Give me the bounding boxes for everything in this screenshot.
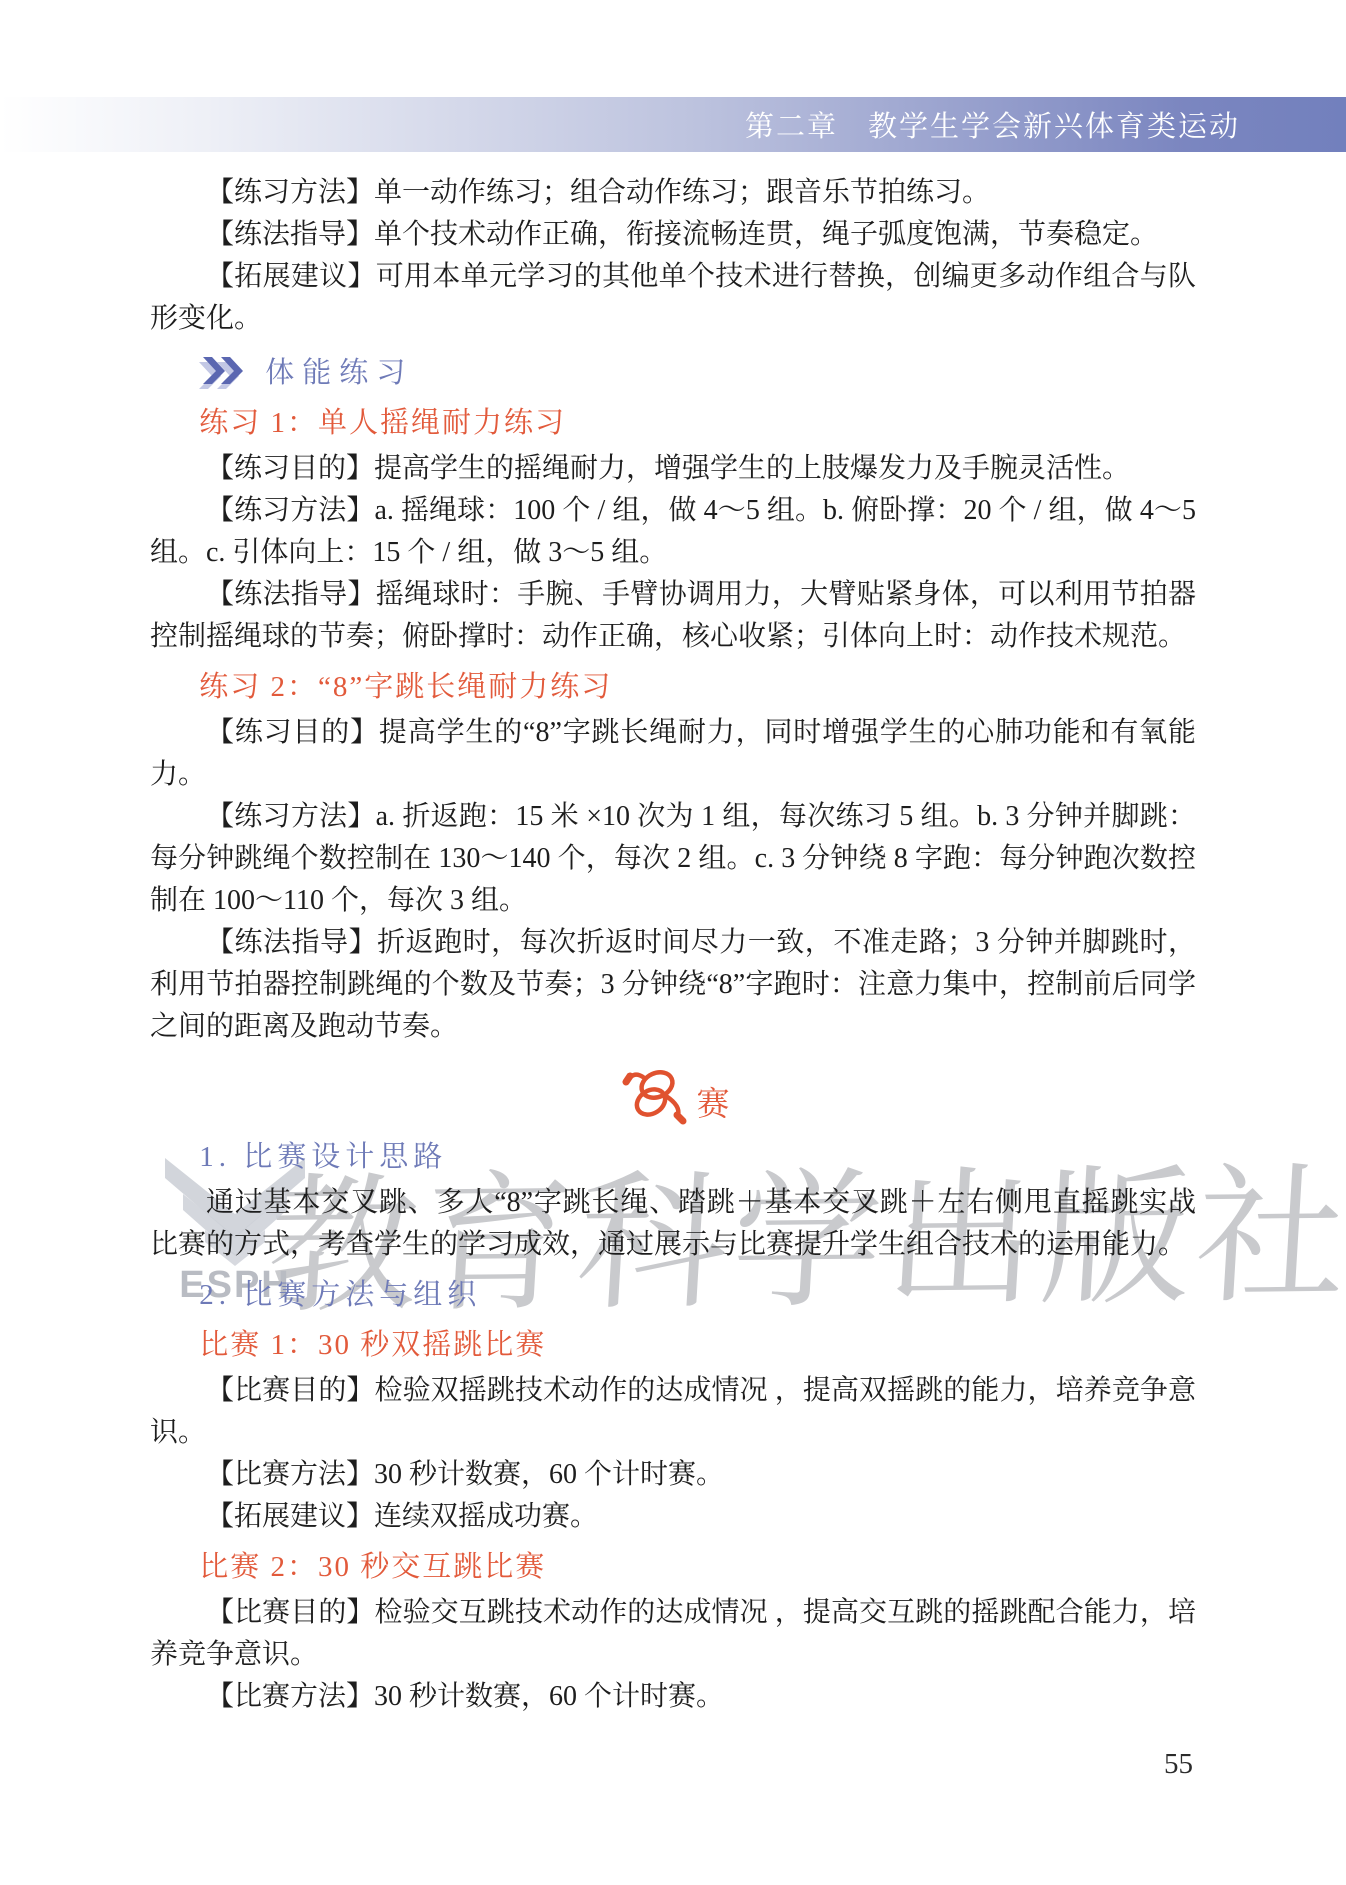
body-paragraph: 【比赛目的】检验双摇跳技术动作的达成情况 ，提高双摇跳的能力，培养竞争意识。: [150, 1370, 1196, 1454]
competition-heading-2: 比赛 2：30 秒交互跳比赛: [150, 1546, 1196, 1588]
exercise-heading-2: 练习 2：“8”字跳长绳耐力练习: [150, 666, 1196, 708]
body-paragraph: 【练法指导】折返跑时，每次折返时间尽力一致，不准走路；3 分钟并脚跳时，利用节拍…: [150, 922, 1196, 1048]
heading-label: 体能练习: [265, 352, 413, 394]
body-paragraph: 【比赛方法】30 秒计数赛，60 个计时赛。: [150, 1676, 1196, 1718]
exercise-heading-1: 练习 1：单人摇绳耐力练习: [150, 402, 1196, 444]
chapter-title: 教学生学会新兴体育类运动: [868, 104, 1240, 145]
body-paragraph: 【练习目的】提高学生的摇绳耐力，增强学生的上肢爆发力及手腕灵活性。: [150, 448, 1196, 490]
competition-section-badge: 赛: [150, 1064, 1196, 1128]
body-paragraph: 【练习方法】a. 折返跑：15 米 ×10 次为 1 组，每次练习 5 组。b.…: [150, 796, 1196, 922]
body-paragraph: 【拓展建议】连续双摇成功赛。: [150, 1496, 1196, 1538]
body-paragraph: 【练习目的】提高学生的“8”字跳长绳耐力，同时增强学生的心肺功能和有氧能力。: [150, 712, 1196, 796]
chapter-header-band: 第二章 教学生学会新兴体育类运动: [0, 97, 1346, 152]
numbered-heading-design: 1. 比赛设计思路: [150, 1136, 1196, 1178]
section-heading-physical-training: 体能练习: [150, 352, 1196, 394]
watermark-char: 社: [1190, 1142, 1346, 1334]
body-paragraph: 【练习方法】单一动作练习；组合动作练习；跟音乐节拍练习。: [150, 172, 1196, 214]
body-paragraph: 通过基本交叉跳、多人“8”字跳长绳、踏跳＋基本交叉跳＋左右侧甩直摇跳实战比赛的方…: [150, 1182, 1196, 1266]
page-number: 55: [1164, 1748, 1193, 1781]
numbered-heading-organization: 2. 比赛方法与组织: [150, 1274, 1196, 1316]
page-content: 【练习方法】单一动作练习；组合动作练习；跟音乐节拍练习。 【练法指导】单个技术动…: [150, 172, 1196, 1718]
body-paragraph: 【比赛目的】检验交互跳技术动作的达成情况 ，提高交互跳的摇跳配合能力，培养竞争意…: [150, 1592, 1196, 1676]
competition-heading-1: 比赛 1：30 秒双摇跳比赛: [150, 1324, 1196, 1366]
chapter-number: 第二章: [745, 104, 838, 145]
textbook-page: 第二章 教学生学会新兴体育类运动 教 育 科 学 出 版 社 ESPH 【练习方…: [0, 0, 1346, 1885]
jump-rope-icon: [617, 1064, 689, 1128]
body-paragraph: 【比赛方法】30 秒计数赛，60 个计时赛。: [150, 1454, 1196, 1496]
competition-badge-label: 赛: [697, 1089, 730, 1122]
body-paragraph: 【练法指导】单个技术动作正确，衔接流畅连贯，绳子弧度饱满，节奏稳定。: [150, 214, 1196, 256]
body-paragraph: 【拓展建议】可用本单元学习的其他单个技术进行替换，创编更多动作组合与队形变化。: [150, 256, 1196, 340]
double-chevron-icon: [199, 357, 247, 389]
body-paragraph: 【练习方法】a. 摇绳球：100 个 / 组，做 4～5 组。b. 俯卧撑：20…: [150, 490, 1196, 574]
body-paragraph: 【练法指导】摇绳球时：手腕、手臂协调用力，大臂贴紧身体，可以利用节拍器控制摇绳球…: [150, 574, 1196, 658]
